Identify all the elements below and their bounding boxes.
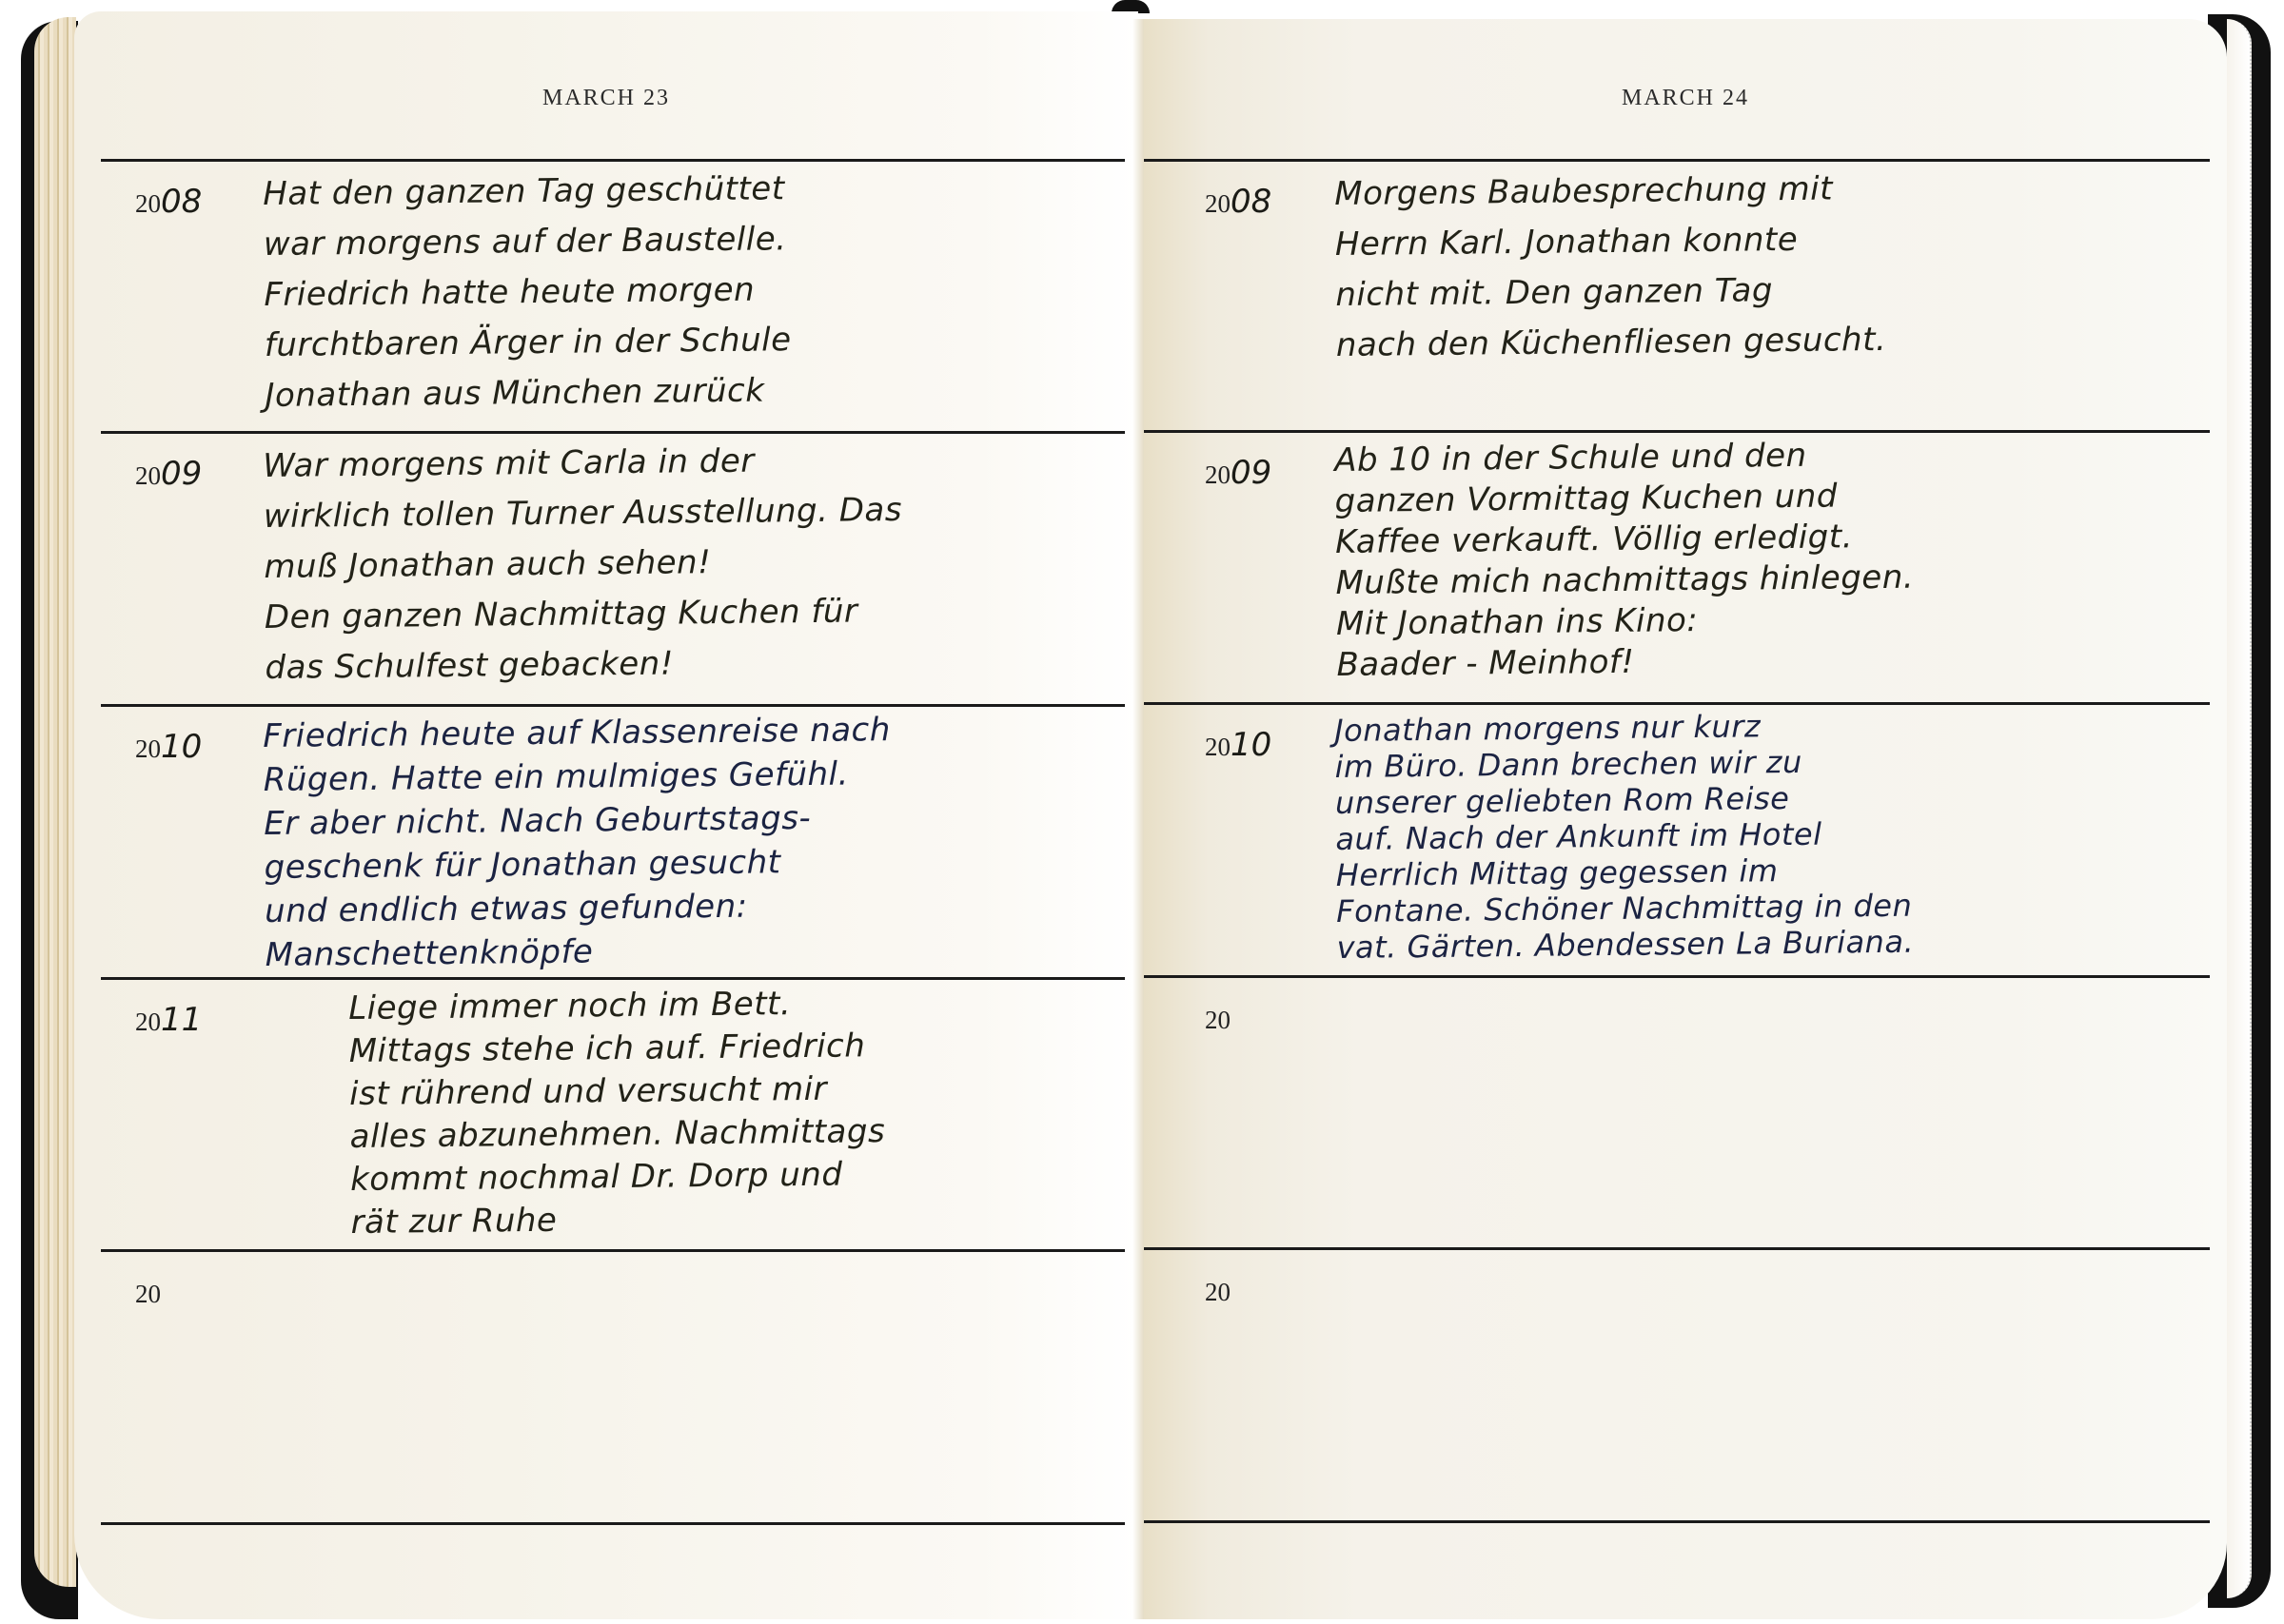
year-suffix-handwritten: 10 [1231, 726, 1271, 764]
row-divider [1144, 1520, 2210, 1523]
page-edges-left [34, 17, 76, 1587]
diary-row[interactable]: 2008 Morgens Baubesprechung mit Herrn Ka… [1144, 162, 2210, 433]
year-prefix: 20 [135, 1008, 161, 1036]
year-prefix: 20 [135, 189, 161, 218]
diary-row-empty[interactable]: 20 [1144, 1250, 2210, 1521]
year-prefix: 20 [1205, 1278, 1231, 1306]
year-prefix: 20 [135, 461, 161, 490]
diary-row-empty[interactable]: 20 [101, 1252, 1125, 1523]
year-prefix: 20 [1205, 733, 1231, 761]
year-prefix: 20 [1205, 1006, 1231, 1034]
date-heading: MARCH 23 [542, 86, 670, 110]
diary-page-right: MARCH 24 2008 Morgens Baubesprechung mit… [1144, 19, 2227, 1619]
year-suffix-handwritten: 10 [161, 728, 202, 766]
year-label: 2010 [135, 728, 202, 766]
diary-row[interactable]: 2010 Jonathan morgens nur kurz im Büro. … [1144, 705, 2210, 976]
diary-row[interactable]: 2011 Liege immer noch im Bett. Mittags s… [101, 980, 1125, 1251]
handwritten-entry [263, 1251, 1119, 1260]
diary-page-left: MARCH 23 2008 Hat den ganzen Tag geschüt… [74, 11, 1138, 1619]
handwritten-entry: Liege immer noch im Bett. Mittags stehe … [348, 979, 1208, 1244]
handwritten-entry [1334, 1249, 2172, 1258]
year-label: 2008 [1205, 183, 1271, 221]
handwritten-entry: Friedrich heute auf Klassenreise nach Rü… [263, 706, 1122, 977]
handwritten-entry: War morgens mit Carla in der wirklich to… [263, 433, 1122, 694]
year-label: 20 [1205, 999, 1231, 1037]
diary-row[interactable]: 2009 War morgens mit Carla in der wirkli… [101, 434, 1125, 705]
date-heading: MARCH 24 [1622, 86, 1749, 110]
page-heading: MARCH 24 [1144, 86, 2227, 111]
year-label: 20 [1205, 1271, 1231, 1309]
year-prefix: 20 [135, 1280, 161, 1308]
year-suffix-handwritten: 08 [1231, 183, 1271, 221]
handwritten-entry: Jonathan morgens nur kurz im Büro. Dann … [1334, 704, 2175, 966]
diary-row-empty[interactable]: 20 [1144, 978, 2210, 1249]
year-suffix-handwritten: 09 [1231, 454, 1271, 492]
year-prefix: 20 [1205, 460, 1231, 489]
year-suffix-handwritten: 11 [161, 1001, 202, 1039]
year-label: 2010 [1205, 726, 1271, 764]
year-label: 2009 [135, 455, 202, 493]
year-label: 2011 [135, 1001, 202, 1039]
year-label: 20 [135, 1273, 161, 1311]
handwritten-entry: Ab 10 in der Schule und den ganzen Vormi… [1334, 432, 2175, 686]
year-suffix-handwritten: 09 [161, 455, 202, 493]
page-edges-right [2227, 19, 2252, 1598]
year-suffix-handwritten: 08 [161, 183, 202, 221]
row-divider [101, 1522, 1125, 1525]
year-prefix: 20 [135, 734, 161, 763]
diary-row[interactable]: 2008 Hat den ganzen Tag geschüttet war m… [101, 162, 1125, 433]
diary-row[interactable]: 2009 Ab 10 in der Schule und den ganzen … [1144, 433, 2210, 704]
page-heading: MARCH 23 [74, 86, 1138, 111]
diary-row[interactable]: 2010 Friedrich heute auf Klassenreise na… [101, 707, 1125, 978]
year-label: 2009 [1205, 454, 1271, 492]
handwritten-entry: Morgens Baubesprechung mit Herrn Karl. J… [1334, 161, 2174, 371]
year-prefix: 20 [1205, 189, 1231, 218]
year-label: 2008 [135, 183, 202, 221]
handwritten-entry: Hat den ganzen Tag geschüttet war morgen… [263, 161, 1122, 421]
handwritten-entry [1334, 977, 2172, 986]
